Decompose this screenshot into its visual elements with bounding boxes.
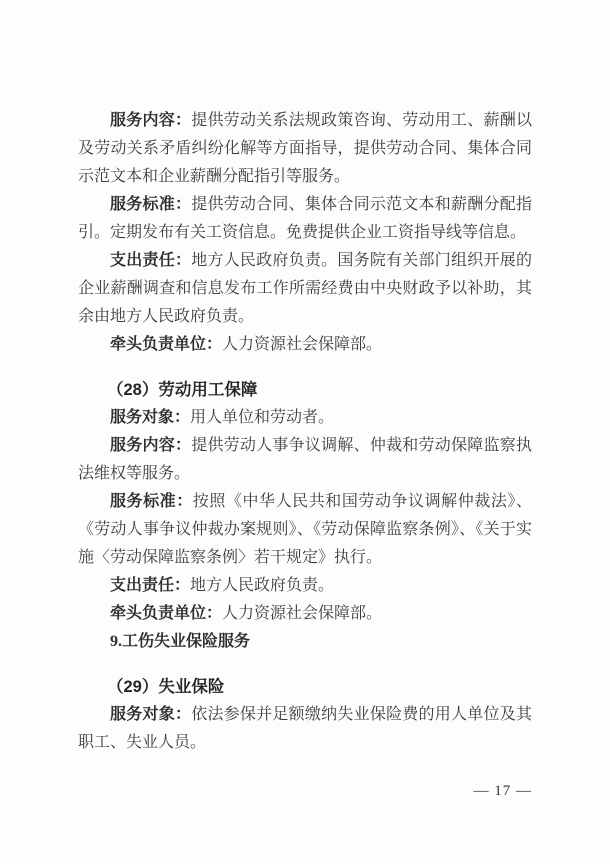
page-number: — 17 — xyxy=(474,782,533,800)
paragraph-service-standard-28: 服务标准：按照《中华人民共和国劳动争议调解仲裁法》、《劳动人事争议仲裁办案规则》… xyxy=(78,488,532,572)
paragraph-text: 人力资源社会保障部。 xyxy=(222,605,382,622)
paragraph-service-content-1: 服务内容：提供劳动关系法规政策咨询、劳动用工、薪酬以及劳动关系矛盾纠纷化解等方面… xyxy=(78,107,532,191)
paragraph-service-target-29: 服务对象：依法参保并足额缴纳失业保险费的用人单位及其职工、失业人员。 xyxy=(78,701,532,757)
paragraph-label: 服务标准： xyxy=(110,196,191,213)
heading-item-28: （28）劳动用工保障 xyxy=(78,376,532,404)
paragraph-expenditure-responsibility-1: 支出责任：地方人民政府负责。国务院有关部门组织开展的企业薪酬调查和信息发布工作所… xyxy=(78,247,532,331)
document-content: 服务内容：提供劳动关系法规政策咨询、劳动用工、薪酬以及劳动关系矛盾纠纷化解等方面… xyxy=(78,107,532,757)
paragraph-text: 地方人民政府负责。 xyxy=(190,577,334,594)
paragraph-lead-unit-28: 牵头负责单位：人力资源社会保障部。 xyxy=(78,600,532,628)
paragraph-service-content-28: 服务内容：提供劳动人事争议调解、仲裁和劳动保障监察执法维权等服务。 xyxy=(78,432,532,488)
paragraph-label: 服务内容： xyxy=(110,437,191,454)
paragraph-label: 服务对象： xyxy=(110,706,191,723)
document-page: 服务内容：提供劳动关系法规政策咨询、劳动用工、薪酬以及劳动关系矛盾纠纷化解等方面… xyxy=(0,0,610,864)
section-heading-9: 9.工伤失业保险服务 xyxy=(78,628,532,656)
paragraph-text: 用人单位和劳动者。 xyxy=(190,409,334,426)
paragraph-label: 牵头负责单位： xyxy=(110,605,222,622)
paragraph-label: 服务对象： xyxy=(110,409,190,426)
paragraph-lead-unit-1: 牵头负责单位：人力资源社会保障部。 xyxy=(78,331,532,359)
paragraph-label: 支出责任： xyxy=(110,577,190,594)
paragraph-service-standard-1: 服务标准：提供劳动合同、集体合同示范文本和薪酬分配指引。定期发布有关工资信息。免… xyxy=(78,191,532,247)
paragraph-label: 支出责任： xyxy=(110,252,191,269)
heading-item-29: （29）失业保险 xyxy=(78,673,532,701)
paragraph-label: 服务标准： xyxy=(110,493,193,510)
paragraph-text: 人力资源社会保障部。 xyxy=(222,336,382,353)
paragraph-expenditure-responsibility-28: 支出责任：地方人民政府负责。 xyxy=(78,572,532,600)
paragraph-label: 服务内容： xyxy=(110,112,191,129)
paragraph-label: 牵头负责单位： xyxy=(110,336,222,353)
paragraph-service-target-28: 服务对象：用人单位和劳动者。 xyxy=(78,404,532,432)
